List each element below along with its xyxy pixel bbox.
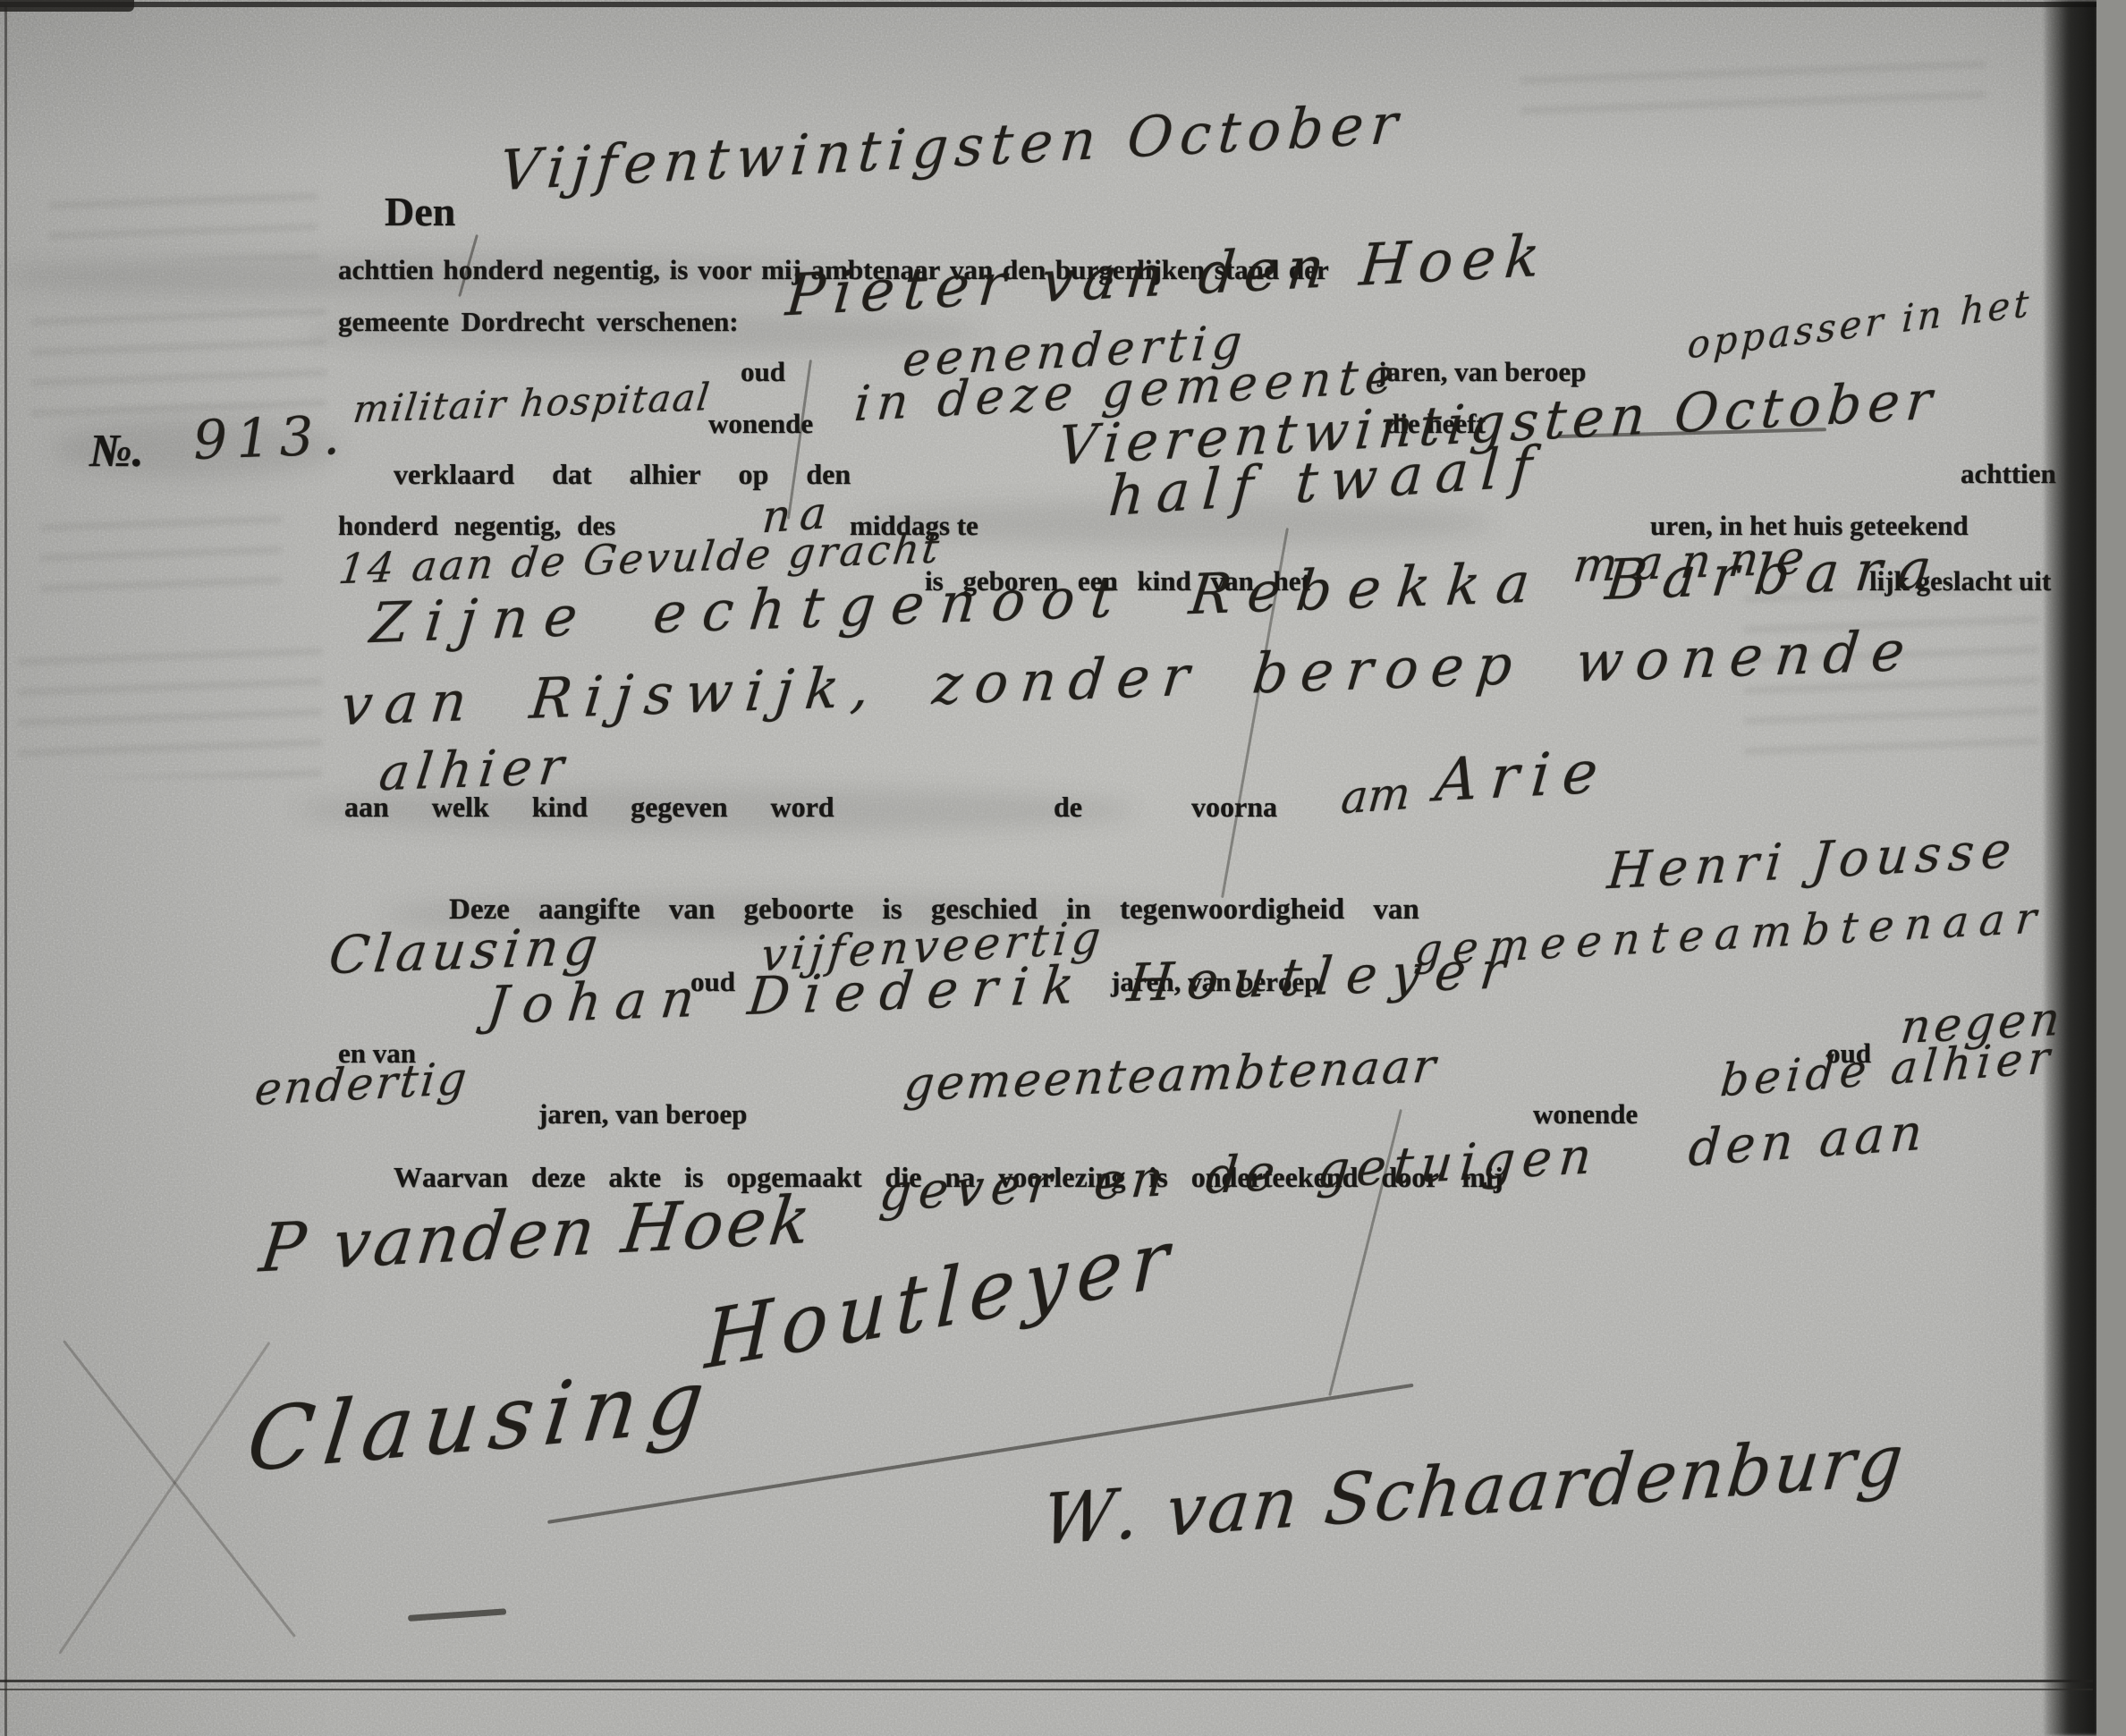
printed-verklaard-line: verklaard dat alhier op den: [394, 460, 851, 490]
bleedthrough-ghost: [49, 179, 318, 259]
printed-wonende-1: wonende: [708, 410, 813, 439]
printed-den: Den: [385, 191, 455, 233]
top-edge-blob-left: [0, 0, 134, 12]
act-number-symbol: №.: [89, 428, 144, 477]
bleedthrough-ghost: [31, 295, 326, 420]
handwritten-profession-1: oppasser in het: [1687, 284, 2034, 366]
handwritten-voornaam-suffix: am: [1339, 770, 1412, 822]
bottom-double-rule: [0, 1680, 2093, 1690]
handwritten-profession-2: militair hospitaal: [352, 377, 714, 429]
signature-declarant: P vanden Hoek: [256, 1186, 817, 1285]
handwritten-closing-part2: gever en de getuigen: [877, 1131, 1601, 1221]
handwritten-witnesses-residence: beide alhier: [1718, 1034, 2056, 1105]
printed-jaren-beroep-1: jaren, van beroep: [1377, 358, 1586, 387]
flourish-dash-bottom: [408, 1608, 506, 1622]
printed-oud-1: oud: [741, 358, 785, 387]
bleedthrough-ghost: [18, 635, 322, 778]
signature-witness1: Clausing: [242, 1354, 719, 1486]
signature-registrar: W. van Schaardenburg: [1038, 1425, 1909, 1559]
left-edge-line: [4, 5, 7, 1736]
handwritten-witness2-profession: gemeenteambtenaar: [902, 1042, 1440, 1110]
scanned-birth-record-page: №. 913. Den Vijfentwintigsten October ac…: [0, 0, 2126, 1736]
pencil-cross-stroke: [58, 1342, 270, 1655]
handwritten-declaration-date: Vijfentwintigsten October: [497, 94, 1407, 199]
printed-de: de: [1054, 792, 1082, 823]
right-scan-margin: [2096, 0, 2126, 1736]
handwritten-child-name: Arie: [1433, 741, 1613, 812]
printed-jaren-beroep-3: jaren, van beroep: [538, 1100, 747, 1130]
top-edge-line: [0, 2, 2126, 7]
printed-naming-line: aan welk kind gegeven word: [344, 792, 834, 823]
printed-municipality-line: gemeente Dordrecht verschenen:: [338, 308, 739, 337]
handwritten-witness1-firstnames: Henri Jousse: [1605, 825, 2020, 899]
handwritten-witness2-age-part2: endertig: [252, 1054, 471, 1113]
act-number-value: 913.: [192, 408, 350, 470]
handwritten-declarant-name: Pieter van den Hoek: [783, 226, 1551, 326]
right-page-edge-shadow: [2045, 0, 2098, 1736]
printed-wonende-2: wonende: [1533, 1100, 1638, 1130]
printed-achttien: achttien: [1961, 460, 2056, 489]
handwritten-closing-part1: den aan: [1687, 1106, 1929, 1176]
bleedthrough-ghost: [1520, 54, 1986, 116]
bleedthrough-ghost: [40, 501, 282, 608]
